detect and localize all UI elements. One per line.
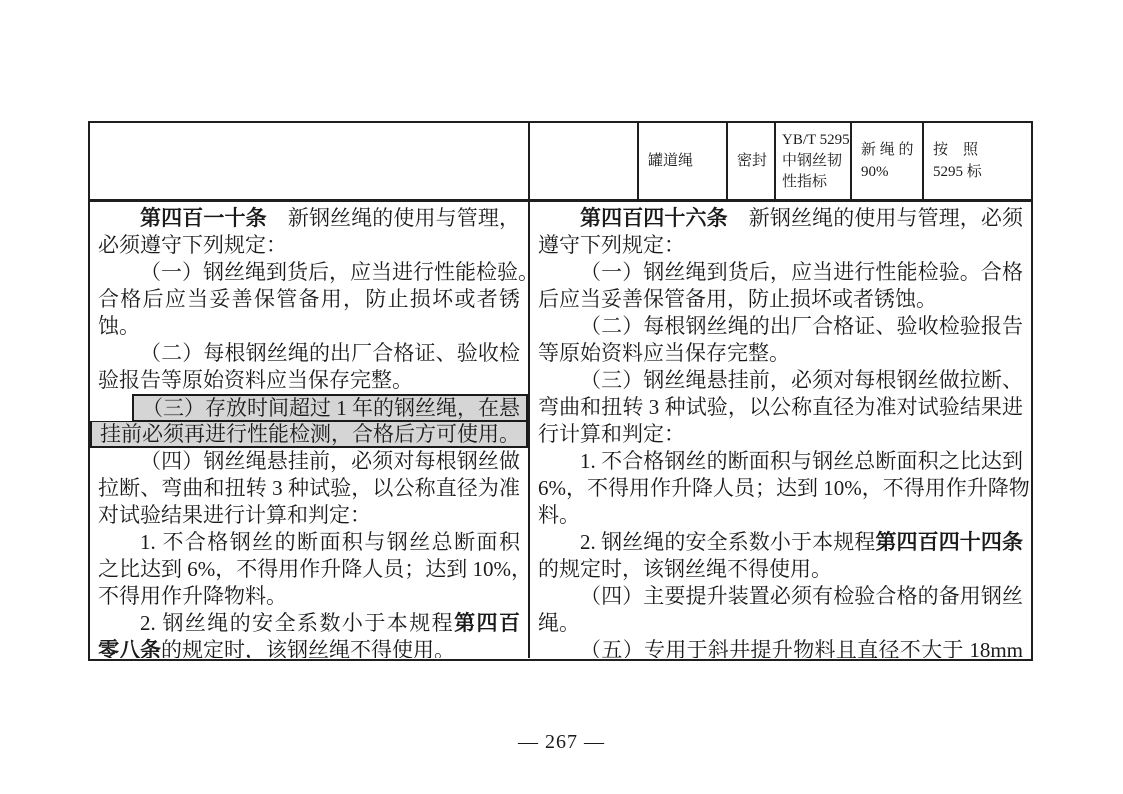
header-cell-rope-type: 罐道绳 — [639, 123, 728, 199]
text-segment: 1. 不合格钢丝的断面积与钢丝总断面积之比达到 — [580, 449, 1023, 473]
text-segment: 行计算和判定： — [538, 422, 685, 446]
bold-clause-reference: 第四百四十四条 — [875, 531, 1023, 554]
text-line: 等原始资料应当保存完整。 — [530, 340, 1031, 367]
text-segment: 之比达到 6%，不得用作升降人员；达到 10%， — [98, 557, 530, 581]
header-cell-empty-left — [90, 123, 530, 199]
text-line: （一）钢丝绳到货后，应当进行性能检验。合格 — [530, 259, 1031, 286]
highlighted-text-line: （三）存放时间超过 1 年的钢丝绳，在悬 — [132, 394, 528, 421]
text-segment: 蚀。 — [98, 314, 140, 338]
text-segment: 新钢丝绳的使用与管理，必须 — [728, 206, 1023, 230]
header-cell-text: 性指标 — [782, 172, 850, 193]
text-segment: （三）存放时间超过 1 年的钢丝绳，在悬 — [142, 396, 520, 420]
text-line: 后应当妥善保管备用，防止损坏或者锈蚀。 — [530, 286, 1031, 313]
text-line: 1. 不合格钢丝的断面积与钢丝总断面积 — [90, 529, 528, 556]
text-line: （二）每根钢丝绳的出厂合格证、验收检 — [90, 340, 528, 367]
text-segment: （五）专用于斜井提升物料且直径不大于 18mm — [580, 638, 1023, 658]
text-segment: 的规定时，该钢丝绳不得使用。 — [161, 638, 455, 658]
page-number: — 267 — — [0, 731, 1123, 754]
regulation-table: 罐道绳 密封 YB/T 5295中钢丝韧性指标 新 绳 的90% 按 照5295… — [88, 121, 1033, 661]
text-segment: 验报告等原始资料应当保存完整。 — [98, 368, 413, 392]
text-segment: 不得用作升降物料。 — [98, 584, 287, 608]
text-line: 合格后应当妥善保管备用，防止损坏或者锈 — [90, 286, 528, 313]
right-text-column: 第四百四十六条 新钢丝绳的使用与管理，必须遵守下列规定：（一）钢丝绳到货后，应当… — [530, 202, 1031, 658]
text-segment: （二）每根钢丝绳的出厂合格证、验收检 — [140, 341, 520, 365]
text-line: 之比达到 6%，不得用作升降人员；达到 10%， — [90, 556, 528, 583]
text-segment: （四）主要提升装置必须有检验合格的备用钢丝 — [580, 584, 1023, 608]
text-segment: 的规定时，该钢丝绳不得使用。 — [538, 557, 832, 581]
text-line: 绳。 — [530, 610, 1031, 637]
text-segment: （四）钢丝绳悬挂前，必须对每根钢丝做 — [140, 449, 520, 473]
text-segment: 2. 钢丝绳的安全系数小于本规程 — [140, 611, 454, 635]
header-cell-text: YB/T 5295 — [782, 130, 850, 151]
text-segment: （一）钢丝绳到货后，应当进行性能检验。合格 — [580, 260, 1023, 284]
text-line: 遵守下列规定： — [530, 232, 1031, 259]
header-cell-text: 5295 标 — [933, 161, 1031, 183]
bold-clause-reference: 第四百一十条 — [140, 207, 267, 230]
text-line: 1. 不合格钢丝的断面积与钢丝总断面积之比达到 — [530, 448, 1031, 475]
text-segment: 2. 钢丝绳的安全系数小于本规程 — [580, 530, 875, 554]
text-line: 2. 钢丝绳的安全系数小于本规程第四百四十四条 — [530, 529, 1031, 556]
text-line: （四）主要提升装置必须有检验合格的备用钢丝 — [530, 583, 1031, 610]
text-segment: 6%，不得用作升降人员；达到 10%，不得用作升降物 — [538, 476, 1030, 500]
text-segment: 拉断、弯曲和扭转 3 种试验，以公称直径为准 — [98, 476, 520, 500]
left-text-column: 第四百一十条 新钢丝绳的使用与管理，必须遵守下列规定：（一）钢丝绳到货后，应当进… — [90, 202, 530, 658]
text-line: （二）每根钢丝绳的出厂合格证、验收检验报告 — [530, 313, 1031, 340]
header-cell-text: 按 照 — [933, 139, 1031, 161]
header-cell-per-standard: 按 照5295 标 — [924, 123, 1031, 199]
text-segment: 绳。 — [538, 611, 580, 635]
document-page: 罐道绳 密封 YB/T 5295中钢丝韧性指标 新 绳 的90% 按 照5295… — [0, 0, 1123, 794]
header-cell-text: 90% — [861, 161, 922, 183]
text-segment: 弯曲和扭转 3 种试验，以公称直径为准对试验结果进 — [538, 395, 1023, 419]
header-cell-text: 罐道绳 — [648, 150, 726, 172]
bold-clause-reference: 第四百 — [454, 612, 520, 635]
header-cell-empty-mid — [530, 123, 639, 199]
header-cell-text: 新 绳 的 — [861, 139, 922, 161]
text-segment: 对试验结果进行计算和判定： — [98, 503, 371, 527]
text-segment: 料。 — [538, 503, 580, 527]
text-line: （三）钢丝绳悬挂前，必须对每根钢丝做拉断、 — [530, 367, 1031, 394]
header-cell-standard: YB/T 5295中钢丝韧性指标 — [776, 123, 852, 199]
text-segment: （一）钢丝绳到货后，应当进行性能检验。 — [140, 260, 530, 284]
text-line: 行计算和判定： — [530, 421, 1031, 448]
text-line: （一）钢丝绳到货后，应当进行性能检验。 — [90, 259, 528, 286]
text-line: 弯曲和扭转 3 种试验，以公称直径为准对试验结果进 — [530, 394, 1031, 421]
text-line: 6%，不得用作升降人员；达到 10%，不得用作升降物 — [530, 475, 1031, 502]
header-cell-text: 中钢丝韧 — [782, 151, 850, 172]
text-line: 料。 — [530, 502, 1031, 529]
text-line: （五）专用于斜井提升物料且直径不大于 18mm — [530, 637, 1031, 658]
text-segment: 合格后应当妥善保管备用，防止损坏或者锈 — [98, 287, 520, 311]
text-line: （四）钢丝绳悬挂前，必须对每根钢丝做 — [90, 448, 528, 475]
text-line: 零八条的规定时，该钢丝绳不得使用。 — [90, 637, 528, 658]
text-line: 第四百四十六条 新钢丝绳的使用与管理，必须 — [530, 205, 1031, 232]
bold-clause-reference: 第四百四十六条 — [580, 207, 728, 230]
text-segment: （三）钢丝绳悬挂前，必须对每根钢丝做拉断、 — [580, 368, 1023, 392]
text-segment: 新钢丝绳的使用与管理， — [267, 206, 520, 230]
text-segment: （二）每根钢丝绳的出厂合格证、验收检验报告 — [580, 314, 1023, 338]
text-line: 拉断、弯曲和扭转 3 种试验，以公称直径为准 — [90, 475, 528, 502]
text-line: 必须遵守下列规定： — [90, 232, 528, 259]
text-segment: 等原始资料应当保存完整。 — [538, 341, 790, 365]
header-cell-seal: 密封 — [728, 123, 776, 199]
table-header-row: 罐道绳 密封 YB/T 5295中钢丝韧性指标 新 绳 的90% 按 照5295… — [90, 123, 1031, 202]
text-segment: 必须遵守下列规定： — [98, 233, 287, 257]
bold-clause-reference: 零八条 — [98, 639, 161, 658]
table-body-row: 第四百一十条 新钢丝绳的使用与管理，必须遵守下列规定：（一）钢丝绳到货后，应当进… — [90, 202, 1031, 658]
highlighted-text-line: 挂前必须再进行性能检测，合格后方可使用。 — [90, 421, 528, 448]
text-segment: 遵守下列规定： — [538, 233, 685, 257]
header-cell-text: 密封 — [737, 150, 774, 172]
text-line: 验报告等原始资料应当保存完整。 — [90, 367, 528, 394]
text-segment: 挂前必须再进行性能检测，合格后方可使用。 — [100, 422, 520, 446]
text-line: 2. 钢丝绳的安全系数小于本规程第四百 — [90, 610, 528, 637]
text-line: 的规定时，该钢丝绳不得使用。 — [530, 556, 1031, 583]
text-segment: 后应当妥善保管备用，防止损坏或者锈蚀。 — [538, 287, 937, 311]
text-line: 不得用作升降物料。 — [90, 583, 528, 610]
text-line: 蚀。 — [90, 313, 528, 340]
text-line: 第四百一十条 新钢丝绳的使用与管理， — [90, 205, 528, 232]
text-segment: 1. 不合格钢丝的断面积与钢丝总断面积 — [140, 530, 520, 554]
text-line: 对试验结果进行计算和判定： — [90, 502, 528, 529]
header-cell-new-rope: 新 绳 的90% — [852, 123, 924, 199]
